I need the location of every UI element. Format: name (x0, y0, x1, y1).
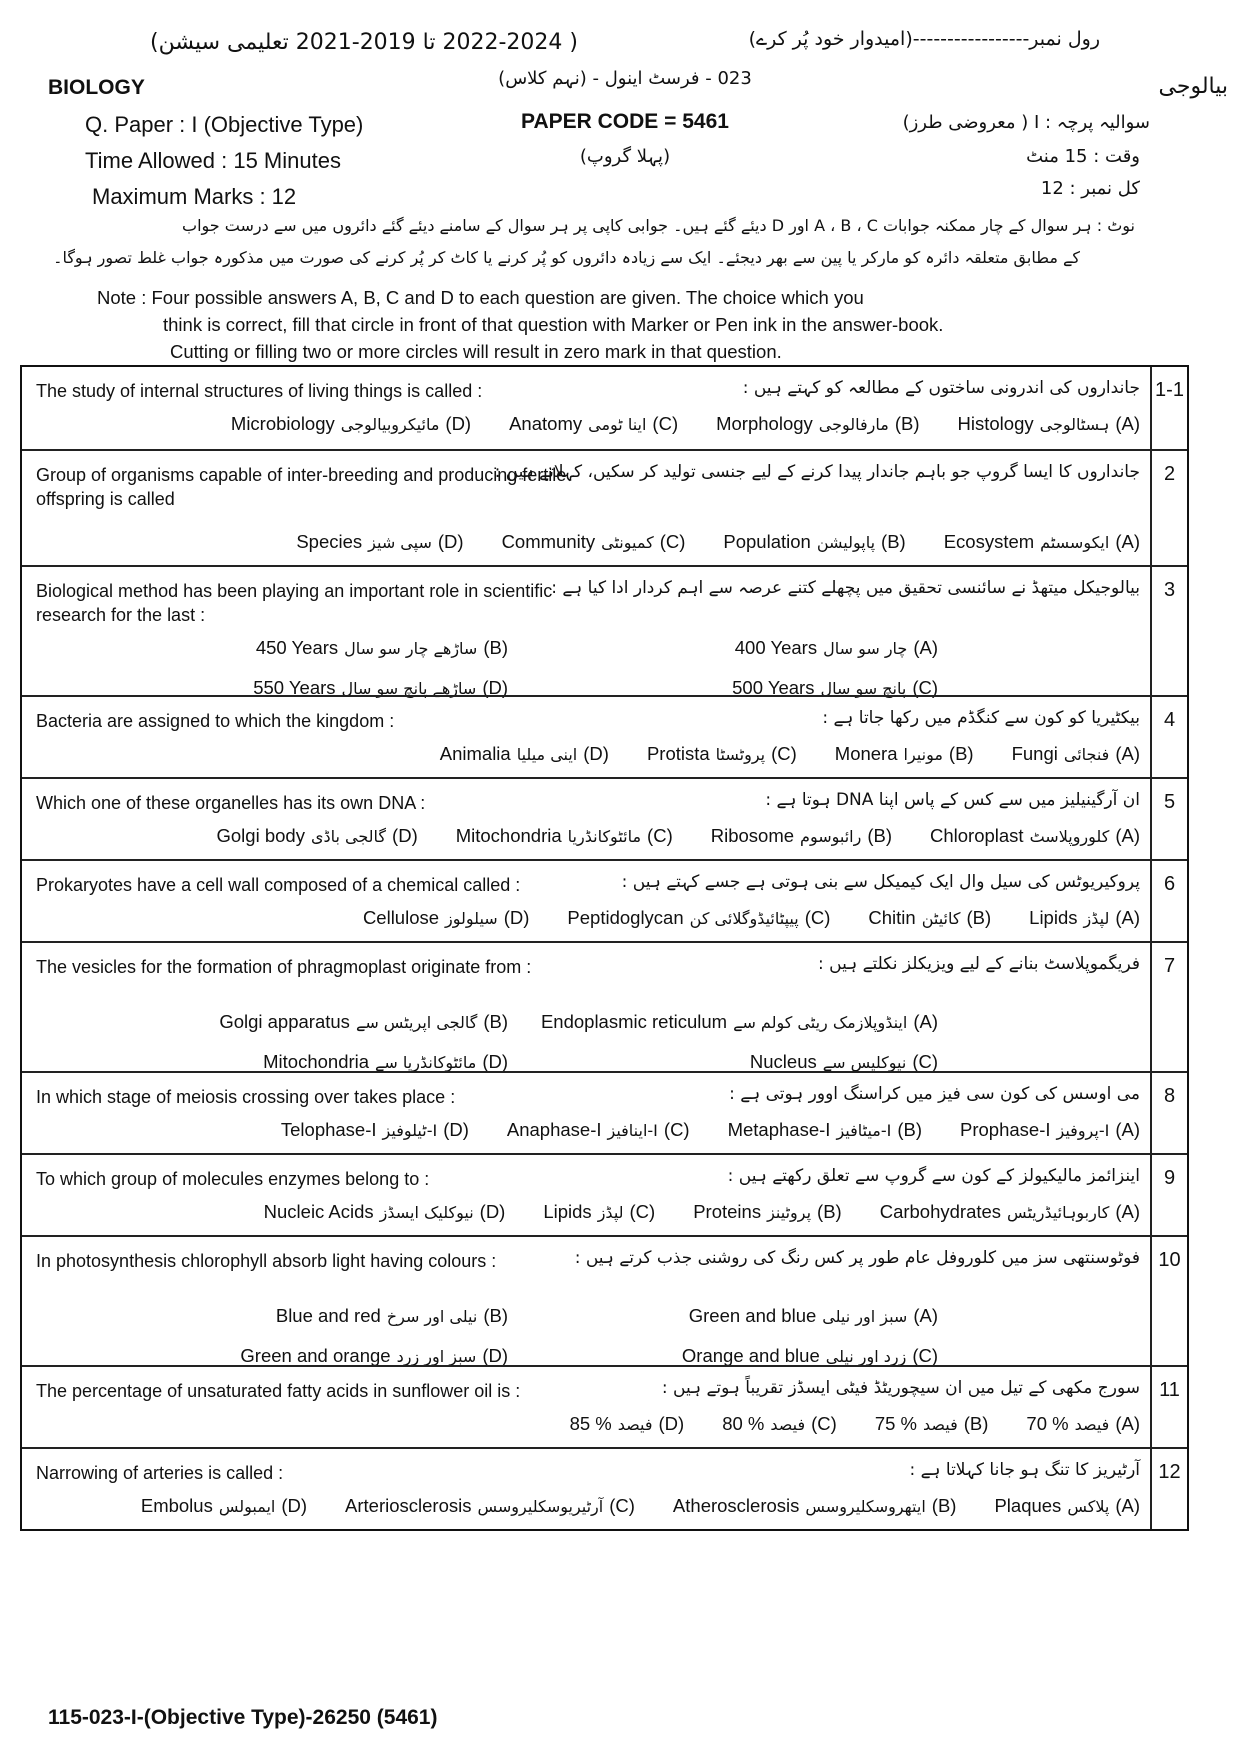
paper-type-ur: سوالیہ پرچہ : I ( معروضی طرز) (903, 112, 1150, 133)
option-text-en: Protista (647, 743, 710, 764)
option-text-ur: گالجی اپریٹس سے (356, 1013, 477, 1032)
question-row: 9To which group of molecules enzymes bel… (22, 1153, 1187, 1235)
option-text-en: Proteins (693, 1201, 761, 1222)
option-text-ur: مائٹوکانڈریا (568, 827, 641, 846)
option-text-ur: لپڈز (1084, 909, 1110, 928)
question-row: 10In photosynthesis chlorophyll absorb l… (22, 1235, 1187, 1365)
option-text-en: Anaphase-I (507, 1119, 602, 1140)
question-number: 10 (1150, 1237, 1187, 1365)
answer-option: Chitinکائیٹن(B) (868, 907, 991, 929)
note-en-line-3: Cutting or filling two or more circles w… (170, 341, 782, 363)
option-text-ur: سیلولوز (445, 909, 498, 928)
option-letter: (A) (913, 637, 938, 658)
answer-option: Orange and blueزرد اور نیلی(C) (682, 1345, 938, 1366)
question-body: Group of organisms capable of inter-bree… (22, 451, 1148, 565)
options-row: Speciesسپی شیز(D)Communityکمیونٹی(C)Popu… (22, 531, 1140, 553)
question-table: 1-1The study of internal structures of l… (20, 365, 1189, 1531)
answer-option: Nucleic Acidsنیوکلیک ایسڈز(D) (264, 1201, 506, 1223)
option-text-en: Nucleus (750, 1051, 817, 1072)
question-body: Which one of these organelles has its ow… (22, 779, 1148, 859)
option-text-ur: میٹافیز-I (836, 1121, 891, 1140)
answer-option: Proteinsپروٹینز(B) (693, 1201, 842, 1223)
options-row: Embolusایمبولس(D)Arteriosclerosisآرٹیریو… (22, 1495, 1140, 1517)
answer-option: Carbohydratesکاربوہائیڈریٹس(A) (880, 1201, 1140, 1223)
options-row: Nucleic Acidsنیوکلیک ایسڈز(D)Lipidsلپڈز(… (22, 1201, 1140, 1223)
option-letter: (A) (1115, 743, 1140, 764)
option-text-en: Mitochondria (263, 1051, 369, 1072)
option-letter: (B) (897, 1119, 922, 1140)
option-text-en: Carbohydrates (880, 1201, 1001, 1222)
answer-option: Plaquesپلاکس(A) (994, 1495, 1140, 1517)
question-body: In which stage of meiosis crossing over … (22, 1073, 1148, 1153)
option-text-en: 450 Years (256, 637, 338, 658)
option-text-ur: فیصد (618, 1415, 653, 1434)
answer-option: 450 Yearsساڑھے چار سو سال(B) (256, 637, 508, 658)
option-text-en: Green and orange (240, 1345, 390, 1366)
option-letter: (B) (964, 1413, 989, 1434)
option-text-en: Histology (958, 413, 1034, 434)
option-letter: (D) (504, 907, 530, 928)
option-text-ur: نیلی اور سرخ (387, 1307, 478, 1326)
option-text-ur: ٹیلوفیز-I (383, 1121, 438, 1140)
option-letter: (B) (817, 1201, 842, 1222)
option-text-en: Morphology (716, 413, 813, 434)
session-line: ( 2022-2024 تا 2019-2021 تعلیمی سیشن) (150, 30, 578, 55)
answer-option: Animaliaاینی میلیا(D) (440, 743, 609, 765)
option-letter: (A) (1115, 825, 1140, 846)
question-body: Narrowing of arteries is called :آرٹیریز… (22, 1449, 1148, 1529)
option-letter: (D) (445, 413, 471, 434)
option-letter: (C) (660, 531, 686, 552)
option-text-en: Anatomy (509, 413, 582, 434)
question-body: In photosynthesis chlorophyll absorb lig… (22, 1237, 1148, 1365)
question-text-en: Prokaryotes have a cell wall composed of… (36, 873, 676, 897)
answer-option: Populationپاپولیشن(B) (723, 531, 905, 553)
option-letter: (B) (966, 907, 991, 928)
answer-option: Peptidoglycanپیپٹائیڈوگلائی کن(C) (567, 907, 830, 929)
option-letter: (D) (392, 825, 418, 846)
class-label: 023 - فرسٹ اینول - (نہم کلاس) (0, 68, 1250, 89)
option-letter: (C) (912, 1051, 938, 1072)
question-text-ur: فوٹوسنتھی سز میں کلوروفل عام طور پر کس ر… (575, 1247, 1140, 1268)
option-text-ur: پلاکس (1067, 1497, 1109, 1516)
note-ur-line-2: کے مطابق متعلقہ دائرہ کو مارکر یا پین سے… (53, 248, 1080, 267)
footer-code: 115-023-I-(Objective Type)-26250 (5461) (48, 1706, 437, 1730)
option-text-en: 70 % (1026, 1413, 1068, 1434)
answer-option: Morphologyمارفالوجی(B) (716, 413, 919, 435)
question-row: 6Prokaryotes have a cell wall composed o… (22, 859, 1187, 941)
answer-option: Moneraمونیرا(B) (835, 743, 974, 765)
question-number: 8 (1150, 1073, 1187, 1153)
answer-option: Ecosystemایکوسسٹم(A) (944, 531, 1140, 553)
option-text-ur: اینی میلیا (517, 745, 578, 764)
option-text-en: Blue and red (276, 1305, 381, 1326)
question-row: 3Biological method has been playing an i… (22, 565, 1187, 695)
option-letter: (A) (1115, 1413, 1140, 1434)
max-marks-en: Maximum Marks : 12 (92, 184, 296, 210)
option-text-ur: لپڈز (598, 1203, 624, 1222)
option-letter: (B) (867, 825, 892, 846)
option-text-en: Mitochondria (456, 825, 562, 846)
option-letter: (D) (583, 743, 609, 764)
question-body: Prokaryotes have a cell wall composed of… (22, 861, 1148, 941)
option-letter: (A) (1115, 907, 1140, 928)
option-text-ur: اینڈوپلازمک ریٹی کولم سے (733, 1013, 907, 1032)
question-text-ur: بیالوجیکل میتھڈ نے سائنسی تحقیق میں پچھل… (551, 577, 1140, 598)
question-number: 9 (1150, 1155, 1187, 1235)
option-text-en: Species (296, 531, 362, 552)
question-row: 7The vesicles for the formation of phrag… (22, 941, 1187, 1071)
option-text-en: Lipids (543, 1201, 591, 1222)
option-text-en: Animalia (440, 743, 511, 764)
option-text-ur: ایکوسسٹم (1040, 533, 1109, 552)
answer-option: Speciesسپی شیز(D) (296, 531, 463, 553)
option-text-ur: مائٹوکانڈریا سے (375, 1053, 476, 1072)
question-row: 4Bacteria are assigned to which the king… (22, 695, 1187, 777)
option-letter: (D) (281, 1495, 307, 1516)
answer-option: Anatomyاینا ٹومی(C) (509, 413, 678, 435)
option-text-ur: نیوکلیک ایسڈز (380, 1203, 474, 1222)
options-row: Microbiologyمائیکروبیالوجی(D)Anatomyاینا… (22, 413, 1140, 435)
answer-option: Telophase-Iٹیلوفیز-I(D) (281, 1119, 469, 1141)
option-letter: (B) (932, 1495, 957, 1516)
option-text-en: Metaphase-I (728, 1119, 831, 1140)
option-text-en: Golgi body (217, 825, 305, 846)
question-number: 5 (1150, 779, 1187, 859)
question-number: 11 (1150, 1367, 1187, 1447)
time-allowed-ur: وقت : 15 منٹ (1026, 146, 1140, 167)
answer-option: Endoplasmic reticulumاینڈوپلازمک ریٹی کو… (541, 1011, 938, 1032)
option-text-en: Cellulose (363, 907, 439, 928)
option-letter: (D) (480, 1201, 506, 1222)
answer-option: Embolusایمبولس(D) (141, 1495, 307, 1517)
option-text-ur: کلوروپلاسٹ (1030, 827, 1110, 846)
option-text-ur: رائبوسوم (800, 827, 861, 846)
option-text-en: Endoplasmic reticulum (541, 1011, 727, 1032)
question-number: 12 (1150, 1449, 1187, 1529)
option-text-en: Lipids (1029, 907, 1077, 928)
option-letter: (A) (913, 1011, 938, 1032)
option-letter: (D) (482, 1345, 508, 1366)
answer-option: Ribosomeرائبوسوم(B) (711, 825, 892, 847)
option-text-ur: ہسٹالوجی (1040, 415, 1110, 434)
roll-number-field: رول نمبر-----------------(امیدوار خود پُ… (749, 28, 1100, 50)
answer-option: Celluloseسیلولوز(D) (363, 907, 529, 929)
max-marks-ur: کل نمبر : 12 (1041, 178, 1140, 199)
question-text-en: The study of internal structures of livi… (36, 379, 676, 403)
option-letter: (B) (895, 413, 920, 434)
question-text-en: Biological method has been playing an im… (36, 579, 576, 627)
options-row: Celluloseسیلولوز(D)Peptidoglycanپیپٹائیڈ… (22, 907, 1140, 929)
question-body: Biological method has been playing an im… (22, 567, 1148, 695)
option-text-ur: سبز اور زرد (397, 1347, 477, 1366)
option-letter: (B) (949, 743, 974, 764)
answer-option: Green and orangeسبز اور زرد(D) (240, 1345, 508, 1366)
option-text-en: Golgi apparatus (219, 1011, 350, 1032)
option-text-ur: مائیکروبیالوجی (341, 415, 440, 434)
option-text-en: Orange and blue (682, 1345, 820, 1366)
question-text-ur: جانداروں کی اندرونی ساختوں کے مطالعہ کو … (743, 377, 1140, 398)
option-text-ur: کائیٹن (922, 909, 961, 928)
answer-option: 70 %فیصد(A) (1026, 1413, 1140, 1435)
option-letter: (A) (1115, 531, 1140, 552)
option-text-ur: نیوکلیس سے (823, 1053, 907, 1072)
answer-option: Lipidsلپڈز(C) (543, 1201, 655, 1223)
question-text-en: The vesicles for the formation of phragm… (36, 955, 676, 979)
option-text-ur: اینافیز-I (608, 1121, 658, 1140)
question-text-en: In which stage of meiosis crossing over … (36, 1085, 676, 1109)
question-text-en: To which group of molecules enzymes belo… (36, 1167, 676, 1191)
answer-option: Histologyہسٹالوجی(A) (958, 413, 1140, 435)
option-text-ur: زرد اور نیلی (826, 1347, 907, 1366)
option-text-en: Chitin (868, 907, 915, 928)
option-text-ur: مونیرا (904, 745, 943, 764)
answer-option: Green and blueسبز اور نیلی(A) (689, 1305, 938, 1326)
option-text-en: Monera (835, 743, 898, 764)
note-en-line-2: think is correct, fill that circle in fr… (163, 314, 943, 336)
option-text-ur: فیصد (1075, 1415, 1110, 1434)
option-letter: (A) (1115, 1119, 1140, 1140)
option-text-ur: پروفیز-I (1057, 1121, 1110, 1140)
option-letter: (C) (609, 1495, 635, 1516)
option-text-en: Community (502, 531, 596, 552)
question-row: 2Group of organisms capable of inter-bre… (22, 449, 1187, 565)
option-letter: (C) (811, 1413, 837, 1434)
option-letter: (D) (482, 1051, 508, 1072)
option-text-ur: گالجی باڈی (311, 827, 386, 846)
options-row: Animaliaاینی میلیا(D)Protistaپروٹسٹا(C)M… (22, 743, 1140, 765)
option-text-ur: کاربوہائیڈریٹس (1007, 1203, 1109, 1222)
question-number: 3 (1150, 567, 1187, 695)
option-text-ur: پروٹینز (767, 1203, 811, 1222)
question-row: 5Which one of these organelles has its o… (22, 777, 1187, 859)
answer-option: 400 Yearsچار سو سال(A) (735, 637, 938, 658)
option-letter: (D) (443, 1119, 469, 1140)
answer-option: Fungiفنجائی(A) (1012, 743, 1140, 765)
option-text-en: 75 % (875, 1413, 917, 1434)
option-text-en: Prophase-I (960, 1119, 1051, 1140)
question-text-ur: ان آرگینیلیز میں سے کس کے پاس اپنا DNA ہ… (765, 789, 1140, 810)
answer-option: Mitochondriaمائٹوکانڈریا(C) (456, 825, 673, 847)
option-text-en: Green and blue (689, 1305, 817, 1326)
paper-type-en: Q. Paper : I (Objective Type) (85, 112, 363, 138)
option-letter: (A) (1115, 1495, 1140, 1516)
answer-option: Nucleusنیوکلیس سے(C) (750, 1051, 938, 1072)
option-letter: (C) (771, 743, 797, 764)
answer-option: Arteriosclerosisآرٹیریوسکلیروسس(C) (345, 1495, 635, 1517)
option-letter: (A) (1115, 1201, 1140, 1222)
question-number: 7 (1150, 943, 1187, 1071)
question-text-ur: فریگموپلاسٹ بنانے کے لیے ویزیکلز نکلتے ہ… (818, 953, 1140, 974)
question-text-en: Which one of these organelles has its ow… (36, 791, 676, 815)
option-text-en: Embolus (141, 1495, 213, 1516)
option-text-ur: کمیونٹی (601, 533, 654, 552)
answer-option: 75 %فیصد(B) (875, 1413, 989, 1435)
question-body: The study of internal structures of livi… (22, 367, 1148, 449)
answer-option: Blue and redنیلی اور سرخ(B) (276, 1305, 508, 1326)
option-letter: (D) (438, 531, 464, 552)
option-text-ur: آرٹیریوسکلیروسس (478, 1497, 604, 1516)
question-row: 12Narrowing of arteries is called :آرٹیر… (22, 1447, 1187, 1529)
question-row: 8In which stage of meiosis crossing over… (22, 1071, 1187, 1153)
question-body: To which group of molecules enzymes belo… (22, 1155, 1148, 1235)
question-text-ur: بیکٹیریا کو کون سے کنگڈم میں رکھا جاتا ہ… (822, 707, 1140, 728)
question-text-en: The percentage of unsaturated fatty acid… (36, 1379, 676, 1403)
question-number: 1-1 (1150, 367, 1187, 449)
option-letter: (C) (652, 413, 678, 434)
question-text-en: Narrowing of arteries is called : (36, 1461, 676, 1485)
option-text-en: 400 Years (735, 637, 817, 658)
option-text-ur: پاپولیشن (817, 533, 875, 552)
option-letter: (C) (630, 1201, 656, 1222)
answer-option: Mitochondriaمائٹوکانڈریا سے(D) (263, 1051, 508, 1072)
answer-option: Chloroplastکلوروپلاسٹ(A) (930, 825, 1140, 847)
option-text-en: Population (723, 531, 810, 552)
option-letter: (C) (664, 1119, 690, 1140)
note-en-line-1: Note : Four possible answers A, B, C and… (97, 287, 864, 309)
question-body: Bacteria are assigned to which the kingd… (22, 697, 1148, 777)
option-text-en: 80 % (722, 1413, 764, 1434)
answer-option: Microbiologyمائیکروبیالوجی(D) (231, 413, 471, 435)
option-text-en: Arteriosclerosis (345, 1495, 471, 1516)
option-text-ur: پروٹسٹا (716, 745, 765, 764)
question-text-ur: پروکیریوٹس کی سیل وال ایک کیمیکل سے بنی … (622, 871, 1140, 892)
question-number: 2 (1150, 451, 1187, 565)
option-text-ur: ایمبولس (219, 1497, 276, 1516)
option-letter: (A) (1115, 413, 1140, 434)
option-text-ur: ایتھروسکلیروسس (805, 1497, 925, 1516)
option-letter: (C) (647, 825, 673, 846)
answer-option: Prophase-Iپروفیز-I(A) (960, 1119, 1140, 1141)
option-text-en: Fungi (1012, 743, 1058, 764)
question-text-ur: آرٹیریز کا تنگ ہو جانا کہلاتا ہے : (909, 1459, 1140, 1480)
question-row: 11The percentage of unsaturated fatty ac… (22, 1365, 1187, 1447)
answer-option: 85 %فیصد(D) (570, 1413, 685, 1435)
option-letter: (B) (483, 1305, 508, 1326)
option-text-en: 85 % (570, 1413, 612, 1434)
note-ur-line-1: نوٹ : ہر سوال کے چار ممکنہ جوابات A ، B … (182, 216, 1135, 235)
option-letter: (D) (659, 1413, 685, 1434)
answer-option: Communityکمیونٹی(C) (502, 531, 686, 553)
option-text-en: Nucleic Acids (264, 1201, 374, 1222)
option-text-ur: مارفالوجی (819, 415, 889, 434)
option-text-en: Ecosystem (944, 531, 1034, 552)
option-text-ur: سپی شیز (368, 533, 432, 552)
question-row: 1-1The study of internal structures of l… (22, 367, 1187, 449)
answer-option: Atherosclerosisایتھروسکلیروسس(B) (673, 1495, 957, 1517)
option-text-ur: چار سو سال (823, 639, 907, 658)
option-text-ur: فیصد (923, 1415, 958, 1434)
option-letter: (B) (483, 637, 508, 658)
options-row: 85 %فیصد(D)80 %فیصد(C)75 %فیصد(B)70 %فیص… (22, 1413, 1140, 1435)
option-text-en: Chloroplast (930, 825, 1024, 846)
option-letter: (B) (881, 531, 906, 552)
answer-option: Protistaپروٹسٹا(C) (647, 743, 797, 765)
option-letter: (C) (912, 1345, 938, 1366)
option-text-ur: فنجائی (1064, 745, 1109, 764)
option-text-ur: سبز اور نیلی (822, 1307, 907, 1326)
option-text-en: Peptidoglycan (567, 907, 683, 928)
question-text-en: Bacteria are assigned to which the kingd… (36, 709, 676, 733)
answer-option: Anaphase-Iاینافیز-I(C) (507, 1119, 690, 1141)
option-text-ur: اینا ٹومی (588, 415, 646, 434)
options-row: Telophase-Iٹیلوفیز-I(D)Anaphase-Iاینافیز… (22, 1119, 1140, 1141)
answer-option: 80 %فیصد(C) (722, 1413, 837, 1435)
answer-option: Golgi bodyگالجی باڈی(D) (217, 825, 418, 847)
option-text-en: Microbiology (231, 413, 335, 434)
question-text-ur: جانداروں کا ایسا گروپ جو باہم جاندار پید… (495, 461, 1140, 482)
question-text-ur: اینزائمز مالیکیولز کے کون سے گروپ سے تعل… (728, 1165, 1140, 1186)
time-allowed-en: Time Allowed : 15 Minutes (85, 148, 341, 174)
option-letter: (B) (483, 1011, 508, 1032)
question-number: 6 (1150, 861, 1187, 941)
question-text-ur: می اوسس کی کون سی فیز میں کراسنگ اوور ہو… (729, 1083, 1140, 1104)
option-text-en: Telophase-I (281, 1119, 377, 1140)
question-text-ur: سورج مکھی کے تیل میں ان سیچوریٹڈ فیٹی ای… (662, 1377, 1140, 1398)
option-text-en: Atherosclerosis (673, 1495, 799, 1516)
option-text-ur: پیپٹائیڈوگلائی کن (690, 909, 799, 928)
question-body: The percentage of unsaturated fatty acid… (22, 1367, 1148, 1447)
question-body: The vesicles for the formation of phragm… (22, 943, 1148, 1071)
option-text-ur: ساڑھے چار سو سال (344, 639, 477, 658)
answer-option: Golgi apparatusگالجی اپریٹس سے(B) (219, 1011, 508, 1032)
question-number: 4 (1150, 697, 1187, 777)
option-text-en: Ribosome (711, 825, 794, 846)
option-text-en: Plaques (994, 1495, 1061, 1516)
answer-option: Metaphase-Iمیٹافیز-I(B) (728, 1119, 922, 1141)
answer-option: Lipidsلپڈز(A) (1029, 907, 1140, 929)
option-letter: (A) (913, 1305, 938, 1326)
option-text-ur: فیصد (770, 1415, 805, 1434)
option-letter: (C) (805, 907, 831, 928)
options-row: Golgi bodyگالجی باڈی(D)Mitochondriaمائٹو… (22, 825, 1140, 847)
